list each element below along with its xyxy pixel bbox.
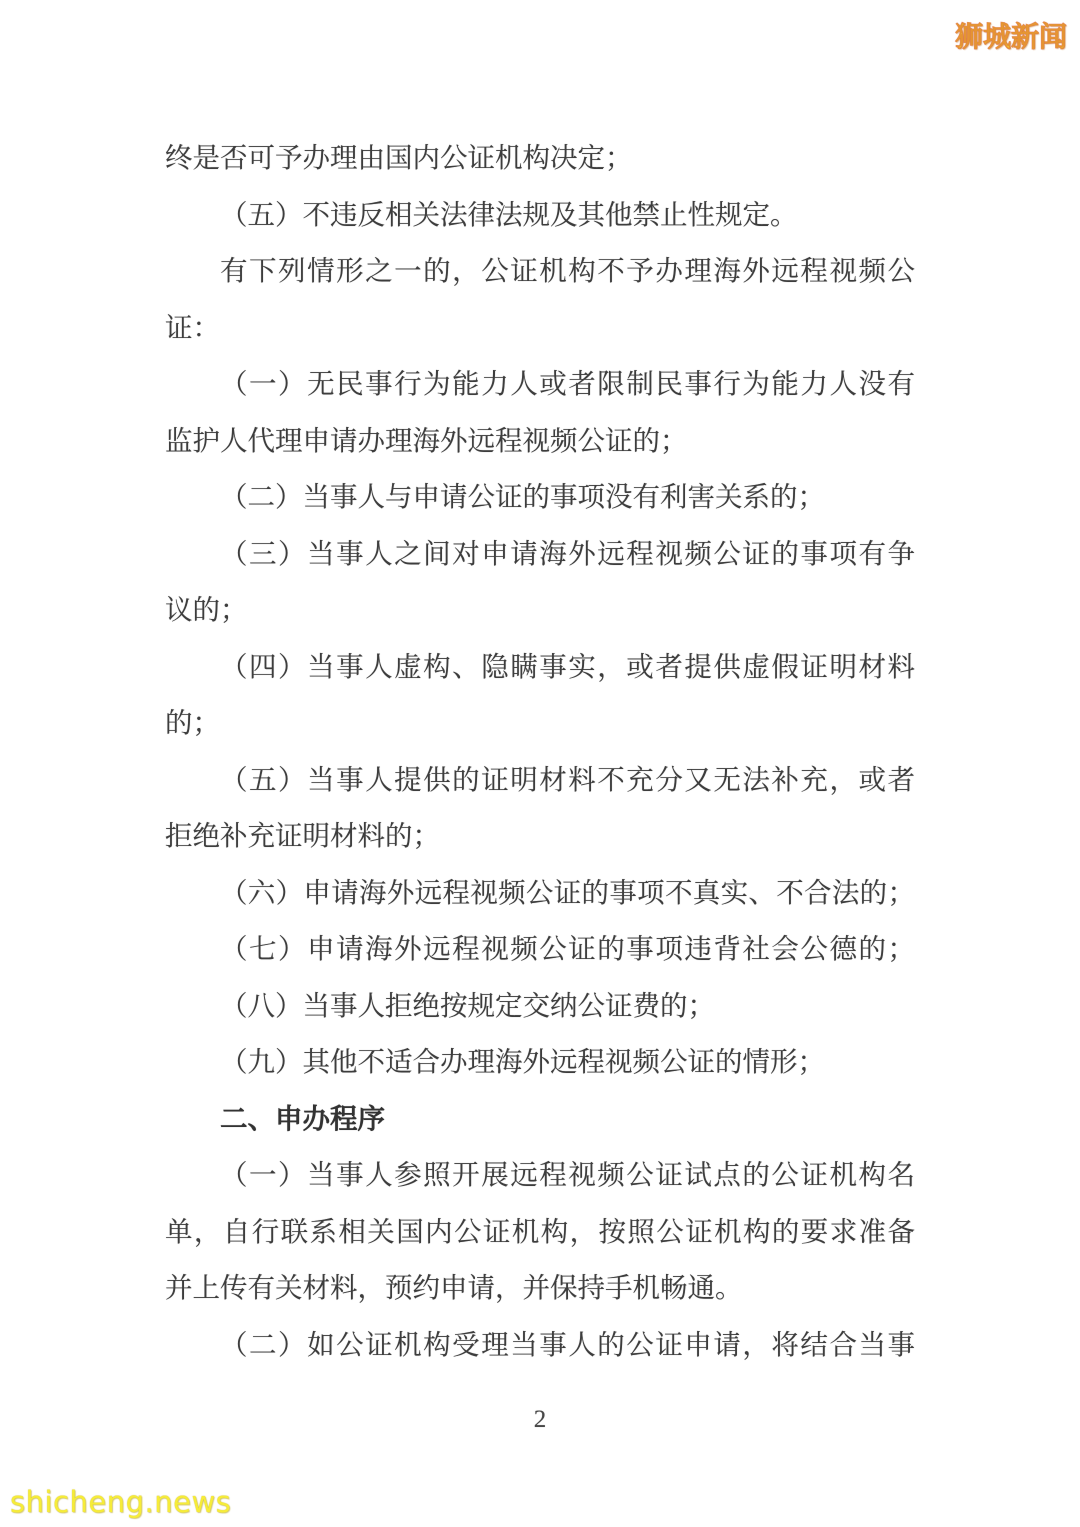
document-body: 终是否可予办理由国内公证机构决定； （五）不违反相关法律法规及其他禁止性规定。 … — [165, 130, 915, 1373]
doc-line: （一）当事人参照开展远程视频公证试点的公证机构名 — [165, 1147, 915, 1204]
doc-line: （四）当事人虚构、隐瞒事实，或者提供虚假证明材料 — [165, 639, 915, 696]
doc-line: 证： — [165, 300, 915, 357]
doc-line: （五）当事人提供的证明材料不充分又无法补充，或者 — [165, 752, 915, 809]
doc-line: 单，自行联系相关国内公证机构，按照公证机构的要求准备 — [165, 1204, 915, 1261]
doc-line: 终是否可予办理由国内公证机构决定； — [165, 130, 915, 187]
page-number: 2 — [0, 1406, 1080, 1434]
doc-line: 监护人代理申请办理海外远程视频公证的； — [165, 413, 915, 470]
doc-line: （二）如公证机构受理当事人的公证申请，将结合当事 — [165, 1317, 915, 1374]
doc-line: （七）申请海外远程视频公证的事项违背社会公德的； — [165, 921, 915, 978]
section-heading: 二、申办程序 — [165, 1091, 915, 1148]
shicheng-news-watermark-cn: 狮城新闻 — [955, 15, 1067, 55]
doc-line: （九）其他不适合办理海外远程视频公证的情形； — [165, 1034, 915, 1091]
document-page: 狮城新闻 终是否可予办理由国内公证机构决定； （五）不违反相关法律法规及其他禁止… — [0, 0, 1080, 1527]
shicheng-news-watermark-url: shicheng.news — [10, 1485, 231, 1519]
doc-line: （五）不违反相关法律法规及其他禁止性规定。 — [165, 187, 915, 244]
doc-line: 并上传有关材料，预约申请，并保持手机畅通。 — [165, 1260, 915, 1317]
doc-line: （一）无民事行为能力人或者限制民事行为能力人没有 — [165, 356, 915, 413]
doc-line: 的； — [165, 695, 915, 752]
doc-line: 拒绝补充证明材料的； — [165, 808, 915, 865]
doc-line: （三）当事人之间对申请海外远程视频公证的事项有争 — [165, 526, 915, 583]
doc-line: （二）当事人与申请公证的事项没有利害关系的； — [165, 469, 915, 526]
doc-line: （六）申请海外远程视频公证的事项不真实、不合法的； — [165, 865, 915, 922]
doc-line: 有下列情形之一的，公证机构不予办理海外远程视频公 — [165, 243, 915, 300]
doc-line: （八）当事人拒绝按规定交纳公证费的； — [165, 978, 915, 1035]
doc-line: 议的； — [165, 582, 915, 639]
